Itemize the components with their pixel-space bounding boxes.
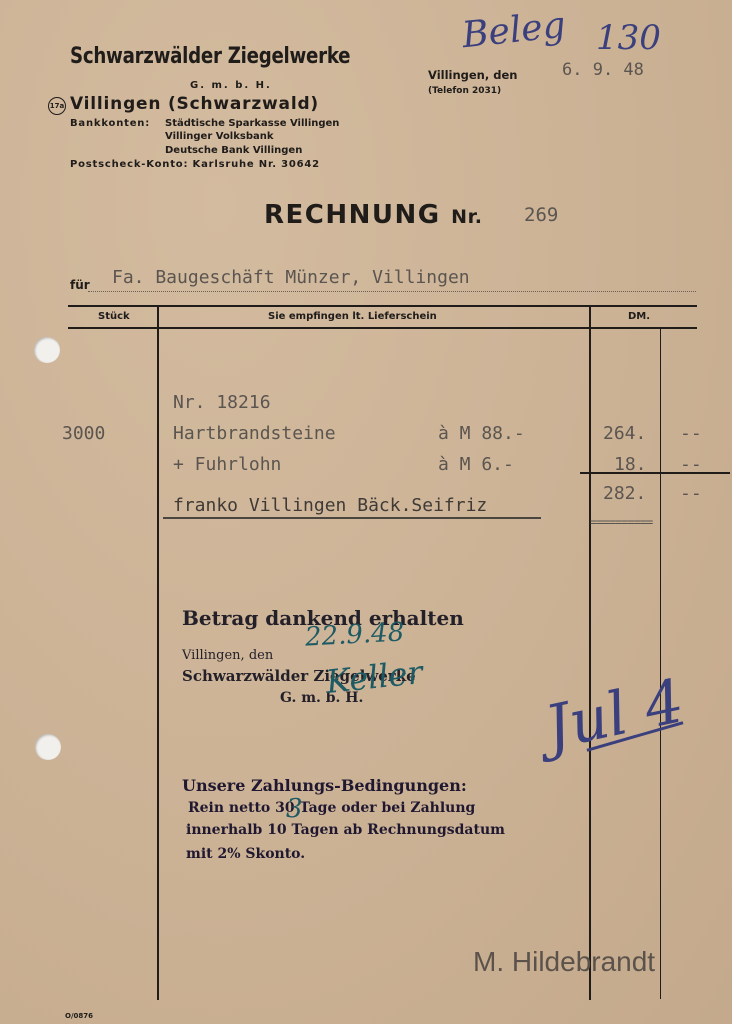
row-1-desc: Hartbrandsteine bbox=[173, 423, 336, 444]
row-1-amount: 264. bbox=[603, 423, 646, 444]
row-2-desc: + Fuhrlohn bbox=[173, 454, 281, 475]
recipient-dotted-line bbox=[88, 291, 696, 292]
row-2-cents: -- bbox=[680, 454, 702, 475]
postal-zone-badge: 17a bbox=[48, 97, 66, 115]
punch-hole-top bbox=[34, 337, 60, 363]
bank-label: Bankkonten: bbox=[70, 118, 150, 129]
payment-terms-line-1: Rein netto 30 Tage oder bei Zahlung bbox=[188, 800, 475, 816]
sum-rule bbox=[580, 472, 730, 474]
note-underline bbox=[163, 517, 541, 519]
postscheck-account: Postscheck-Konto: Karlsruhe Nr. 30642 bbox=[70, 159, 320, 170]
invoice-date: 6. 9. 48 bbox=[562, 60, 644, 80]
row-1-cents: -- bbox=[680, 423, 702, 444]
company-name: Schwarzwälder Ziegelwerke bbox=[70, 44, 350, 69]
handwritten-beleg-number: 130 bbox=[596, 18, 661, 58]
company-legal-form: G. m. b. H. bbox=[190, 80, 272, 91]
row-2-amount: 18. bbox=[614, 454, 647, 475]
recipient-label: für bbox=[70, 278, 90, 292]
column-divider-amount bbox=[589, 305, 591, 1000]
header-qty: Stück bbox=[98, 311, 130, 322]
recipient-name: Fa. Baugeschäft Münzer, Villingen bbox=[112, 267, 470, 288]
column-divider-qty bbox=[157, 305, 159, 1000]
row-1-price: à M 88.- bbox=[438, 423, 525, 444]
punch-hole-bottom bbox=[35, 734, 61, 760]
terms-handwritten-correction: 3 bbox=[286, 794, 303, 824]
total-double-underline: ========== bbox=[590, 515, 652, 529]
invoice-title: RECHNUNG Nr. bbox=[264, 200, 482, 230]
delivery-note-number: Nr. 18216 bbox=[173, 392, 271, 413]
payment-terms-title: Unsere Zahlungs-Bedingungen: bbox=[182, 776, 467, 795]
invoice-title-label: RECHNUNG bbox=[264, 200, 441, 230]
payment-terms-line-3: mit 2% Skonto. bbox=[186, 846, 305, 862]
delivery-note: franko Villingen Bäck.Seifriz bbox=[173, 495, 487, 516]
bank-3: Deutsche Bank Villingen bbox=[165, 145, 302, 156]
payment-terms-line-2: innerhalb 10 Tagen ab Rechnungsdatum bbox=[186, 822, 505, 838]
bank-2: Villinger Volksbank bbox=[165, 131, 274, 142]
bank-1: Städtische Sparkasse Villingen bbox=[165, 118, 339, 129]
telephone: (Telefon 2031) bbox=[428, 86, 501, 96]
table-top-rule bbox=[68, 305, 697, 307]
header-description: Sie empfingen lt. Lieferschein bbox=[268, 311, 437, 322]
table-header-rule bbox=[68, 327, 697, 329]
row-2-price: à M 6.- bbox=[438, 454, 514, 475]
total-cents: -- bbox=[680, 483, 702, 504]
header-amount: DM. bbox=[628, 311, 650, 322]
paid-handwritten-date: 22.9.48 bbox=[304, 617, 405, 652]
form-id: O/0876 bbox=[65, 1012, 93, 1020]
watermark: M. Hildebrandt bbox=[473, 946, 655, 978]
date-place-label: Villingen, den bbox=[428, 68, 517, 82]
invoice-number: 269 bbox=[524, 204, 558, 226]
row-1-qty: 3000 bbox=[62, 423, 105, 444]
invoice-nr-label: Nr. bbox=[451, 206, 482, 228]
column-divider-cents bbox=[660, 329, 661, 999]
company-city: Villingen (Schwarzwald) bbox=[70, 94, 319, 114]
total-amount: 282. bbox=[603, 483, 646, 504]
paid-stamp-date-label: Villingen, den bbox=[182, 648, 273, 663]
